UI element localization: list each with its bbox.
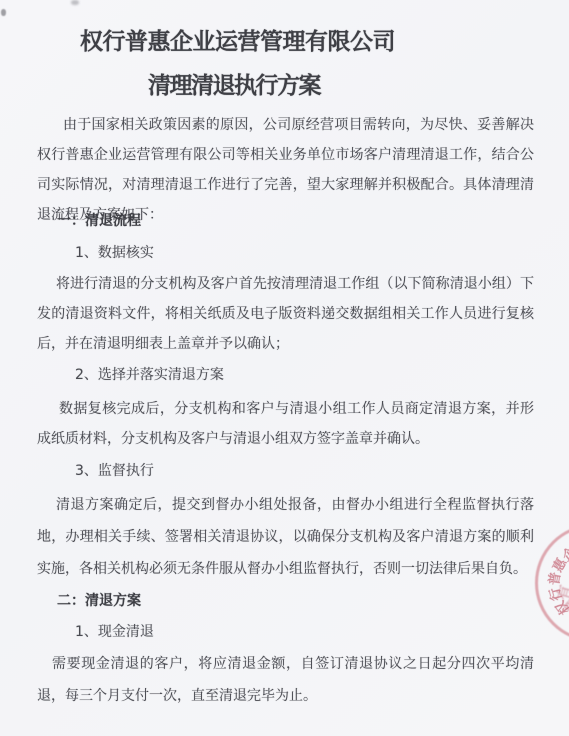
document-title-subject: 清理清退执行方案	[148, 70, 320, 102]
section-1-item-3-label: 3、监督执行	[75, 456, 154, 486]
scan-artifact-speck	[1, 9, 6, 16]
section-1-item-3-body: 清退方案确定后，提交到督办小组处报备，由督办小组进行全程监督执行落地，办理相关手…	[37, 489, 534, 585]
red-seal-stamp: 权 行 普 惠 企 有 限	[535, 524, 569, 642]
section-1-item-2-label: 2、选择并落实清退方案	[75, 360, 224, 390]
scanned-document-page: 权行普惠企业运营管理有限公司 清理清退执行方案 由于国家相关政策因素的原因，公司…	[0, 0, 569, 736]
scan-artifact-speck	[71, 0, 79, 5]
document-title-company: 权行普惠企业运营管理有限公司	[80, 26, 395, 58]
section-1-item-2-body: 数据复核完成后，分支机构和客户与清退小组工作人员商定清退方案，并形成纸质材料，分…	[37, 394, 534, 454]
section-2-heading: 二：清退方案	[57, 586, 141, 616]
section-2-item-1-label: 1、现金清退	[75, 617, 154, 647]
section-1-heading: 一：清退流程	[57, 206, 141, 236]
section-2-item-1-body: 需要现金清退的客户，将应清退金额，自签订清退协议之日起分四次平均清退，每三个月支…	[37, 648, 534, 712]
section-1-item-1-label: 1、数据核实	[75, 238, 154, 268]
section-1-item-1-body: 将进行清退的分支机构及客户首先按清理清退工作组（以下简称清退小组）下发的清退资料…	[37, 269, 534, 359]
